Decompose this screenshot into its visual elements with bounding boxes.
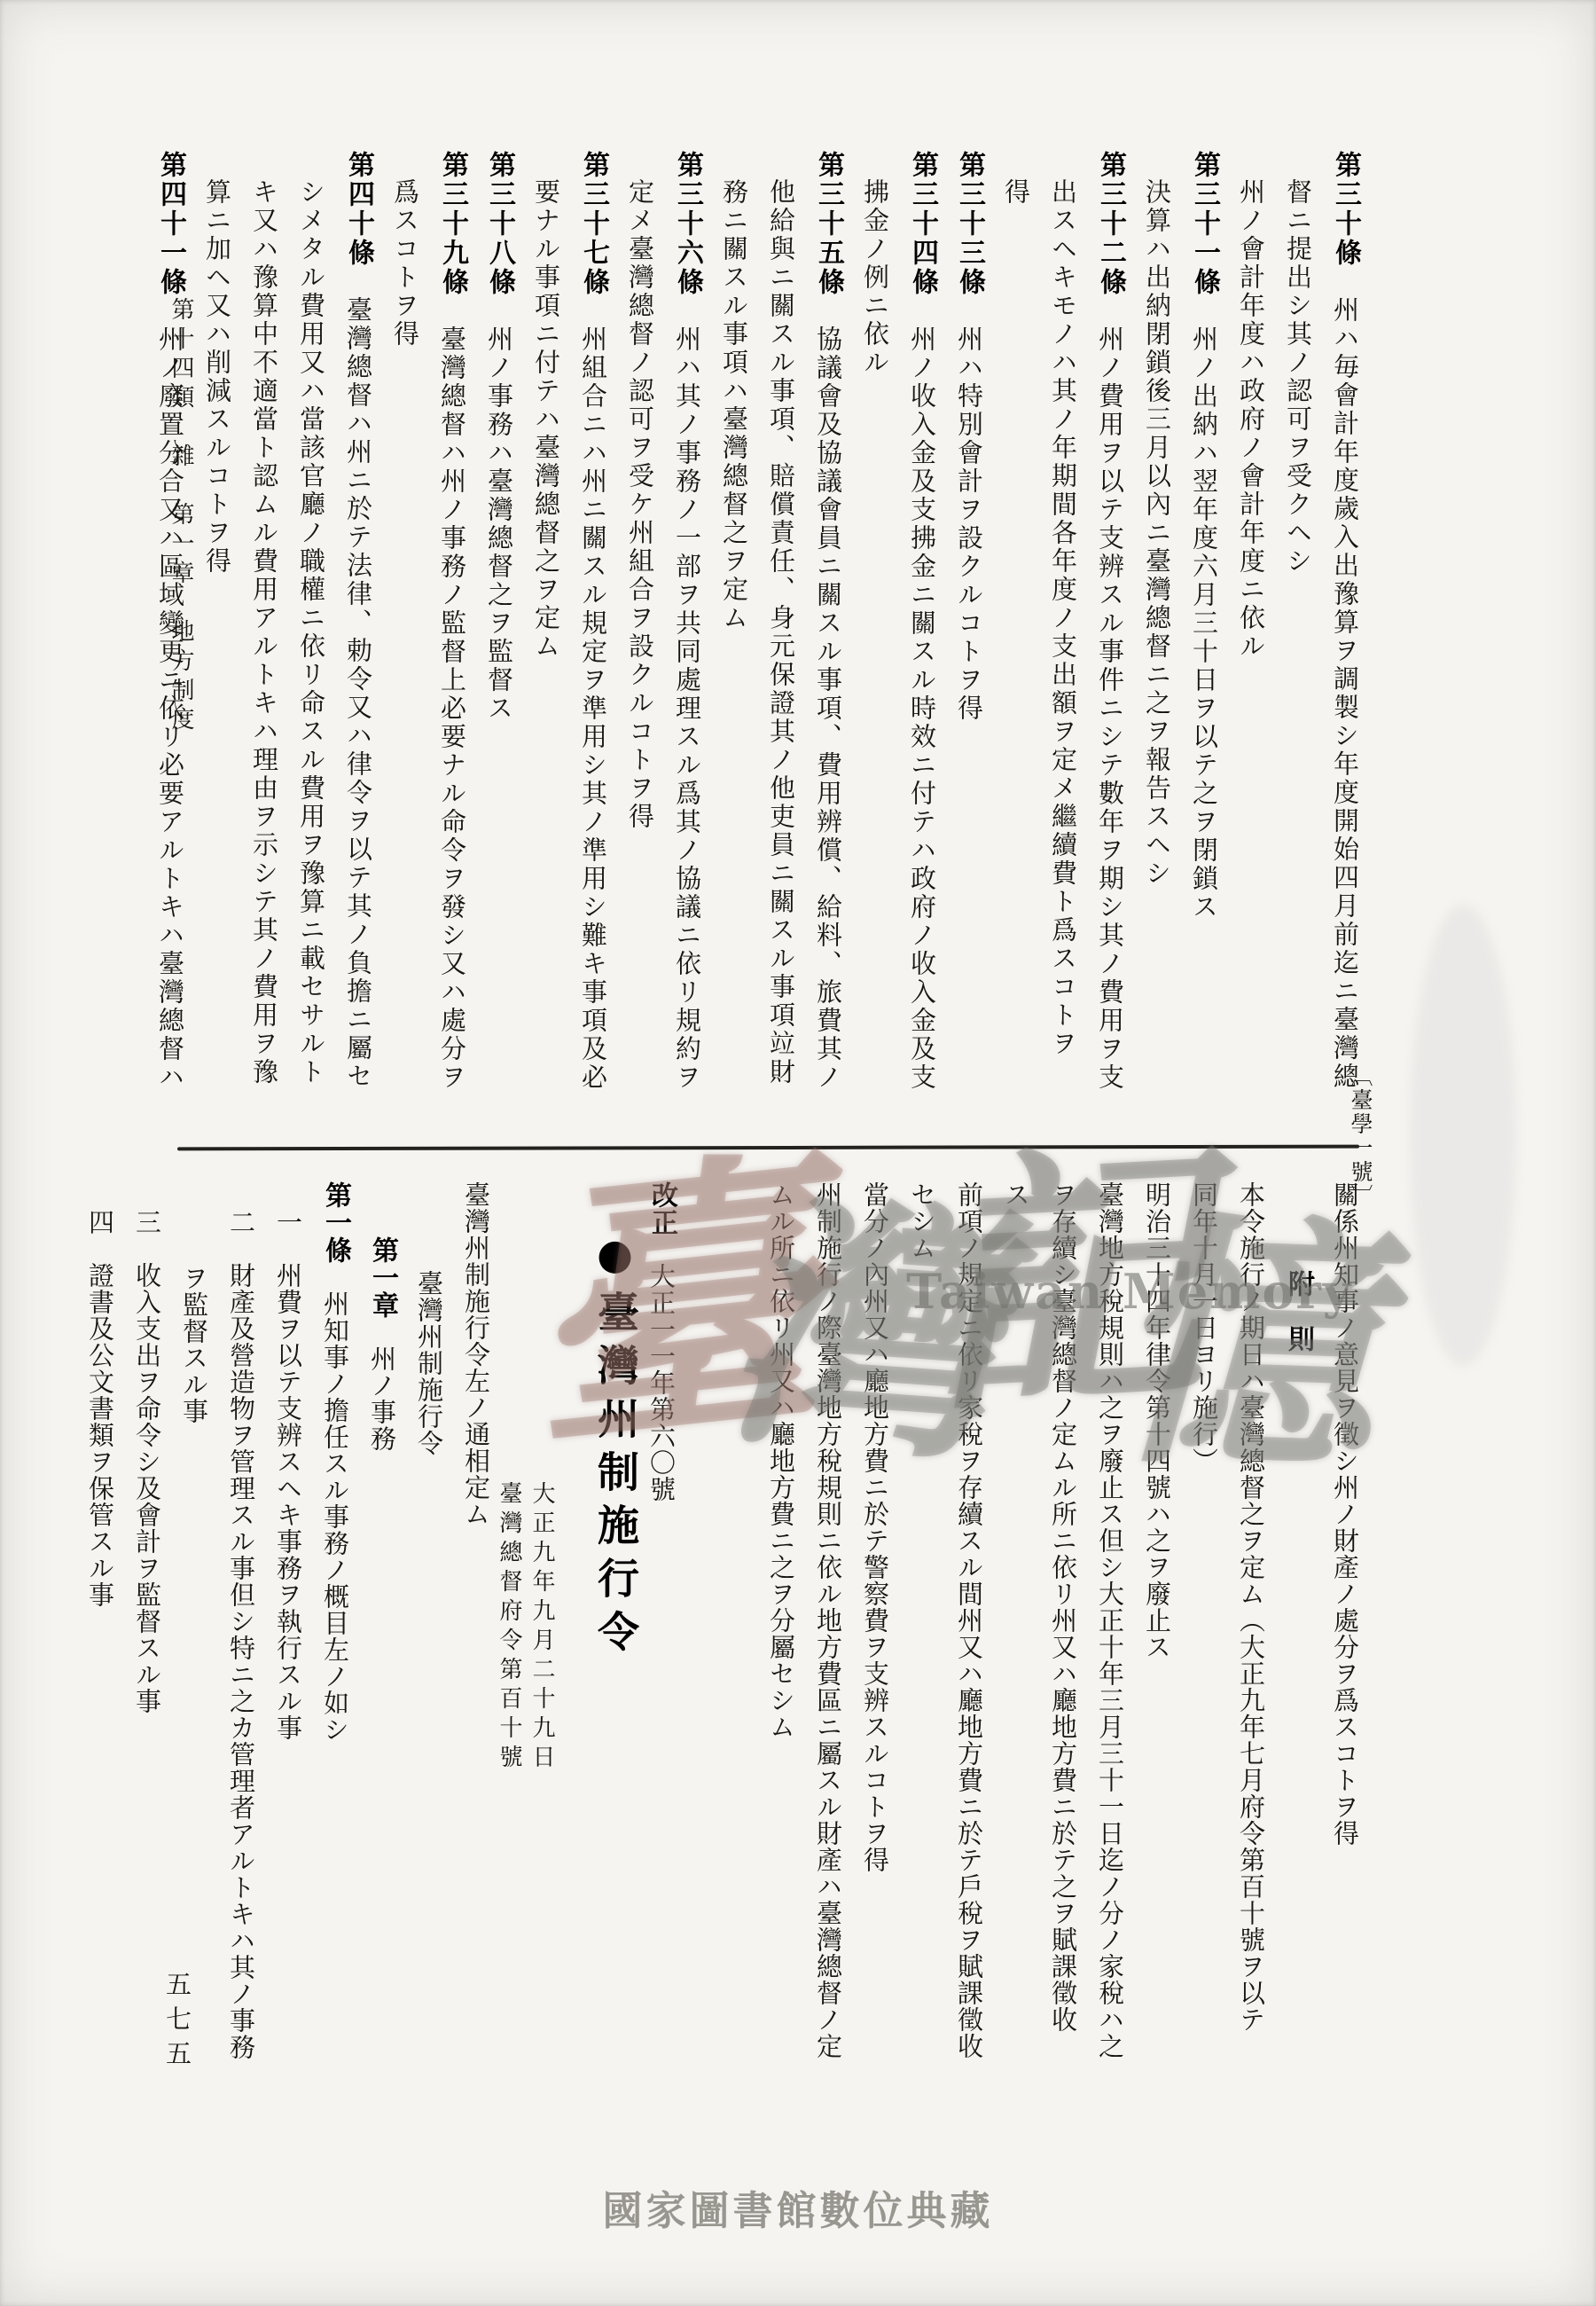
text-column: 督ニ提出シ其ノ認可ヲ受クヘシ — [1280, 151, 1316, 1109]
text-column: 第三十五條 協議會及協議會員ニ關スル事項、費用辨償、給料、旅費其ノ — [810, 151, 846, 1109]
promulgation-date: 大正九年九月二十九日 — [530, 1181, 559, 2077]
text-column: 臺灣地方稅規則ハ之ヲ廢止ス但シ大正十年三月三十一日迄ノ分ノ家稅ハ之 — [1092, 1181, 1128, 2077]
text-column: 出スヘキモノハ其ノ年期間各年度ノ支出額ヲ定メ繼續費ト爲スコトヲ — [1045, 151, 1081, 1109]
text-column: 算ニ加ヘ又ハ削減スルコトヲ得 — [199, 151, 235, 1109]
section-heading: 臺灣州制施行令 — [411, 1181, 447, 2077]
text-column: 關係州知事ノ意見ヲ徵シ州ノ財產ノ處分ヲ爲スコトヲ得 — [1327, 1181, 1363, 2077]
text-column: 第四十條 臺灣總督ハ州ニ於テ法律、勅令又ハ律令ヲ以テ其ノ負擔ニ屬セ — [340, 151, 376, 1109]
section-divider-rule — [177, 1145, 1359, 1151]
amendment-note: 改正 大正一一年第六〇號 — [644, 1181, 679, 2077]
ordinance-number: 臺灣總督府令第百十號 — [497, 1181, 527, 2077]
text-column: 三 收入支出ヲ命令シ及會計ヲ監督スル事 — [129, 1181, 165, 2077]
text-column: 第一條 州知事ノ擔任スル事務ノ概目左ノ如シ — [317, 1181, 353, 2077]
text-column: 明治三十四年律令第十四號ハ之ヲ廢止ス — [1139, 1181, 1175, 2077]
text-column: 得 — [998, 151, 1034, 1109]
text-column: 第三十九條 臺灣總督ハ州ノ事務ノ監督上必要ナル命令ヲ發シ又ハ處分ヲ — [434, 151, 470, 1109]
text-column: 拂金ノ例ニ依ル — [857, 151, 893, 1109]
text-column: 決算ハ出納閉鎖後三月以內ニ臺灣總督ニ之ヲ報告スヘシ — [1139, 151, 1175, 1109]
text-column: 本令施行ノ期日ハ臺灣總督之ヲ定ム（大正九年七月府令第百十號ヲ以テ — [1233, 1181, 1269, 2077]
text-column: 當分ノ內州又ハ廳地方費ニ於テ警察費ヲ支辨スルコトヲ得 — [857, 1181, 893, 2077]
text-column: 第三十四條 州ノ收入金及支拂金ニ關スル時效ニ付テハ政府ノ收入金及支 — [904, 151, 940, 1109]
statute-bottom-register: 關係州知事ノ意見ヲ徵シ州ノ財產ノ處分ヲ爲スコトヲ得附 則本令施行ノ期日ハ臺灣總督… — [71, 1181, 1363, 2077]
text-column: ムル所ニ依リ州又ハ廳地方費ニ之ヲ分屬セシム — [763, 1181, 799, 2077]
text-column: 第三十三條 州ハ特別會計ヲ設クルコトヲ得 — [951, 151, 987, 1109]
text-column: ヲ監督スル事 — [176, 1181, 212, 2077]
archive-watermark: 國家圖書館數位典藏 — [0, 2178, 1596, 2236]
text-column: 一 州費ヲ以テ支辨スヘキ事務ヲ執行スル事 — [270, 1181, 306, 2077]
text-column: 臺灣州制施行令左ノ通相定ム — [458, 1181, 494, 2077]
page-number: 五七五 — [160, 1971, 196, 2075]
text-column: 州制施行ノ際臺灣地方稅規則ニ依ル地方費區ニ屬スル財產ハ臺灣總督ノ定 — [810, 1181, 846, 2077]
document-title: ●臺灣州制施行令 — [575, 1181, 632, 2077]
text-column: 第四十一條 州ノ廢置分合又ハ區域變更ニ依リ必要アルトキハ臺灣總督ハ — [153, 151, 188, 1109]
text-column: 第三十八條 州ノ事務ハ臺灣總督之ヲ監督ス — [481, 151, 517, 1109]
text-column: 第三十條 州ハ毎會計年度歲入出豫算ヲ調製シ年度開始四月前迄ニ臺灣總 — [1327, 151, 1363, 1109]
text-column: 他給與ニ關スル事項、賠償責任、身元保證其ノ他吏員ニ關スル事項竝財 — [763, 151, 799, 1109]
text-column: 定メ臺灣總督ノ認可ヲ受ケ州組合ヲ設クルコトヲ得 — [622, 151, 658, 1109]
text-column: 二 財產及營造物ヲ管理スル事但シ特ニ之カ管理者アルトキハ其ノ事務 — [223, 1181, 259, 2077]
text-column: 第三十二條 州ノ費用ヲ以テ支辨スル事件ニシテ數年ヲ期シ其ノ費用ヲ支 — [1092, 151, 1128, 1109]
chapter-heading: 第一章 州ノ事務 — [364, 1181, 400, 2077]
text-column: ス — [998, 1181, 1034, 2077]
statute-top-register: 第三十條 州ハ毎會計年度歲入出豫算ヲ調製シ年度開始四月前迄ニ臺灣總督ニ提出シ其ノ… — [141, 151, 1363, 1109]
scanned-statute-page: { "document": { "margin_left_header": "第… — [0, 0, 1596, 2306]
text-column: キ又ハ豫算中不適當ト認ムル費用アルトキハ理由ヲ示シテ其ノ費用ヲ豫 — [246, 151, 282, 1109]
text-column: セシム — [904, 1181, 940, 2077]
text-column: ヲ存續シ臺灣總督ノ定ムル所ニ依リ州又ハ廳地方費ニ於テ之ヲ賦課徵收 — [1045, 1181, 1081, 2077]
text-column: 要ナル事項ニ付テハ臺灣總督之ヲ定ム — [528, 151, 564, 1109]
text-column: 四 證書及公文書類ヲ保管スル事 — [82, 1181, 118, 2077]
text-column: シメタル費用又ハ當該官廳ノ職權ニ依リ命スル費用ヲ豫算ニ載セサルト — [293, 151, 329, 1109]
text-column: 務ニ關スル事項ハ臺灣總督之ヲ定ム — [716, 151, 752, 1109]
text-column: 爲スコトヲ得 — [387, 151, 423, 1109]
scan-smudge — [1410, 905, 1516, 1366]
text-column: 同年十月一日ヨリ施行） — [1186, 1181, 1222, 2077]
text-column: 第三十七條 州組合ニハ州ニ關スル規定ヲ準用シ其ノ準用シ難キ事項及必 — [575, 151, 611, 1109]
text-column: 州ノ會計年度ハ政府ノ會計年度ニ依ル — [1233, 151, 1269, 1109]
text-column: 第三十六條 州ハ其ノ事務ノ一部ヲ共同處理スル爲其ノ協議ニ依リ規約ヲ — [669, 151, 705, 1109]
text-column: 第三十一條 州ノ出納ハ翌年度六月三十日ヲ以テ之ヲ閉鎖ス — [1186, 151, 1222, 1109]
text-column: 前項ノ規定ニ依リ家稅ヲ存續スル間州又ハ廳地方費ニ於テ戶稅ヲ賦課徵收 — [951, 1181, 987, 2077]
appendix-heading: 附 則 — [1280, 1181, 1316, 2077]
